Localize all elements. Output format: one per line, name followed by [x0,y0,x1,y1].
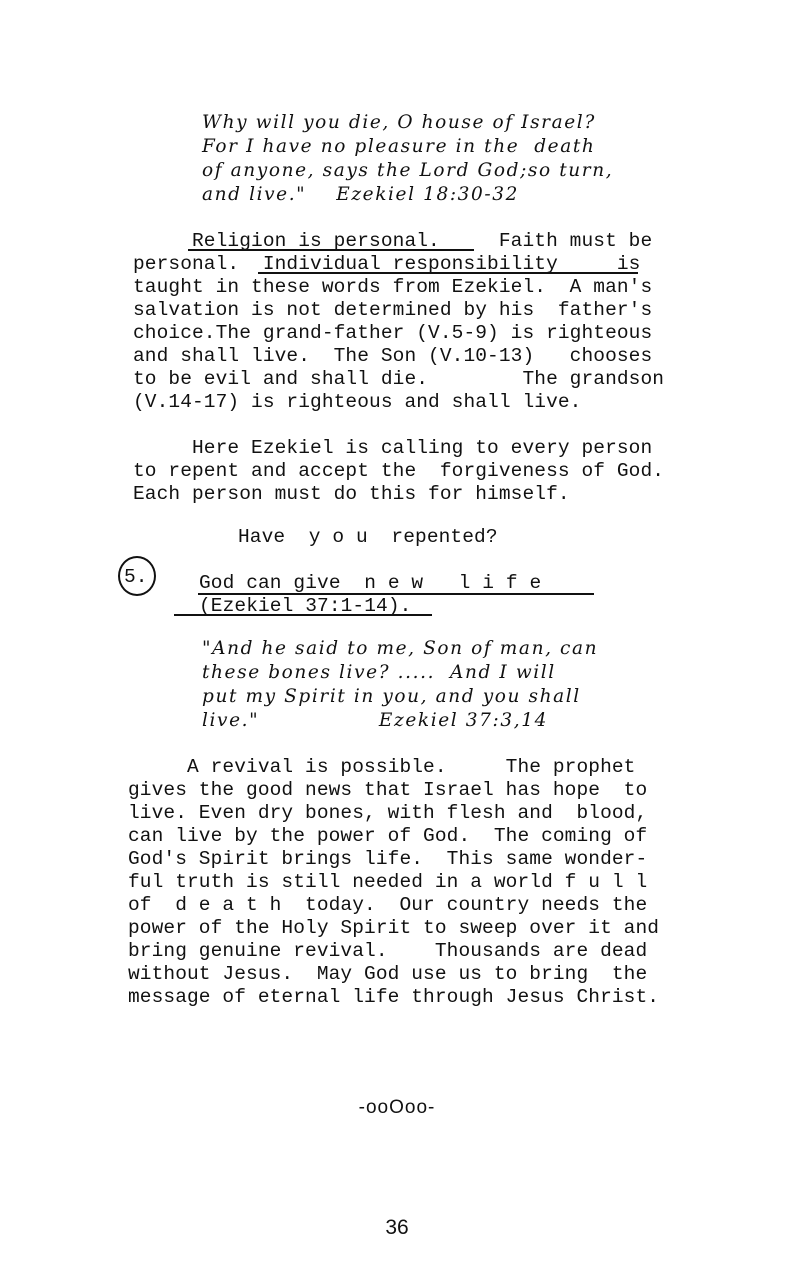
text-line: choice.The grand-father (V.5-9) is right… [133,322,652,345]
handwritten-underline [198,593,594,595]
text-line: A revival is possible. The prophet [128,756,635,779]
text-line: and shall live. The Son (V.10-13) choose… [133,345,652,368]
quote-line: put my Spirit in you, and you shall [202,685,581,710]
text-line: live. Even dry bones, with flesh and blo… [128,802,647,825]
text-line: ful truth is still needed in a world f u… [128,871,647,894]
section-number: 5. [124,566,148,589]
text-line: of d e a t h today. Our country needs th… [128,894,647,917]
handwritten-underline [188,249,474,251]
text-line: can live by the power of God. The coming… [128,825,647,848]
text-line: salvation is not determined by his fathe… [133,299,652,322]
text-line: to be evil and shall die. The grandson [133,368,664,391]
text-line: message of eternal life through Jesus Ch… [128,986,659,1009]
quote-line: Why will you die, O house of Israel? [202,111,596,136]
question-line: Have y o u repented? [238,526,498,549]
page-number: 36 [0,1216,794,1240]
quote-line: For I have no pleasure in the death [202,135,595,160]
text-line: God's Spirit brings life. This same wond… [128,848,647,871]
quote-line: "And he said to me, Son of man, can [202,637,598,662]
document-page: Why will you die, O house of Israel? For… [0,0,794,1272]
text-line: power of the Holy Spirit to sweep over i… [128,917,659,940]
handwritten-underline [258,272,638,274]
text-line: gives the good news that Israel has hope… [128,779,647,802]
quote-line: of anyone, says the Lord God;so turn, [202,159,613,184]
text-line: Each person must do this for himself. [133,483,570,506]
text-line: Here Ezekiel is calling to every person [133,437,652,460]
quote-line: these bones live? ..... And I will [202,661,556,686]
section-title: God can give n e w l i f e [199,572,541,595]
text-line: (V.14-17) is righteous and shall live. [133,391,581,414]
quote-line: live." Ezekiel 37:3,14 [202,709,548,734]
section-separator: -ooOoo- [0,1097,794,1119]
text-line: taught in these words from Ezekiel. A ma… [133,276,652,299]
text-line: without Jesus. May God use us to bring t… [128,963,647,986]
text-line: to repent and accept the forgiveness of … [133,460,664,483]
quote-line: and live." Ezekiel 18:30-32 [202,183,519,208]
handwritten-underline [174,614,432,616]
text-line: bring genuine revival. Thousands are dea… [128,940,647,963]
